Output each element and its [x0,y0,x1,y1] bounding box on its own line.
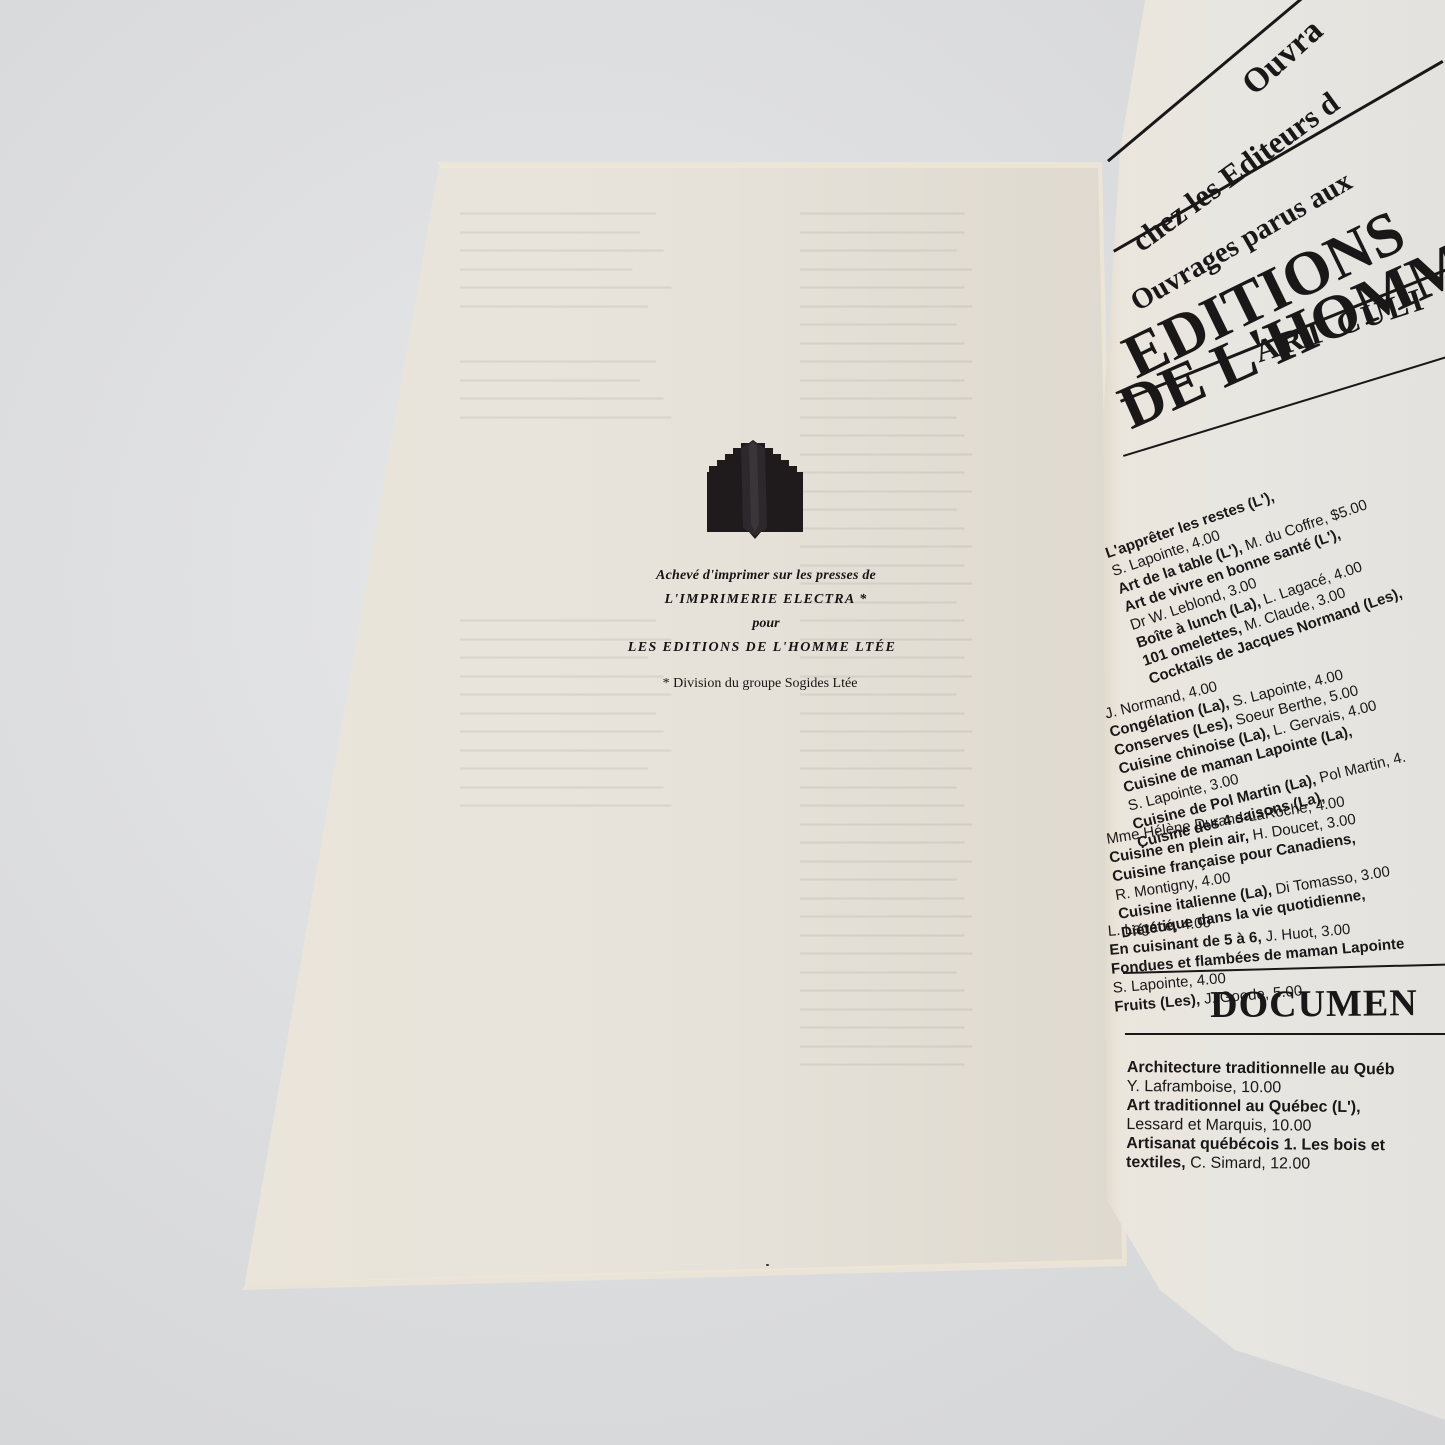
right-page: Ouvra chez les Editeurs d Ouvrages parus… [1085,0,1445,1445]
right-page-content: Ouvra chez les Editeurs d Ouvrages parus… [1105,0,1445,1445]
list-item: Y. Laframboise, 10.00 [1127,1077,1395,1098]
list-item: Lessard et Marquis, 10.00 [1126,1115,1394,1136]
entry-list-documents: Architecture traditionnelle au Québ Y. L… [1126,1058,1395,1174]
list-item: Architecture traditionnelle au Québ [1127,1058,1395,1079]
section-title-documents: DOCUMEN [1210,981,1418,1027]
list-item: textiles, C. Simard, 12.00 [1126,1153,1394,1174]
list-item: Artisanat québécois 1. Les bois et [1126,1134,1394,1155]
list-item: Art traditionnel au Québec (L'), [1127,1096,1395,1117]
section-rule-documents-bottom [1125,1033,1445,1035]
